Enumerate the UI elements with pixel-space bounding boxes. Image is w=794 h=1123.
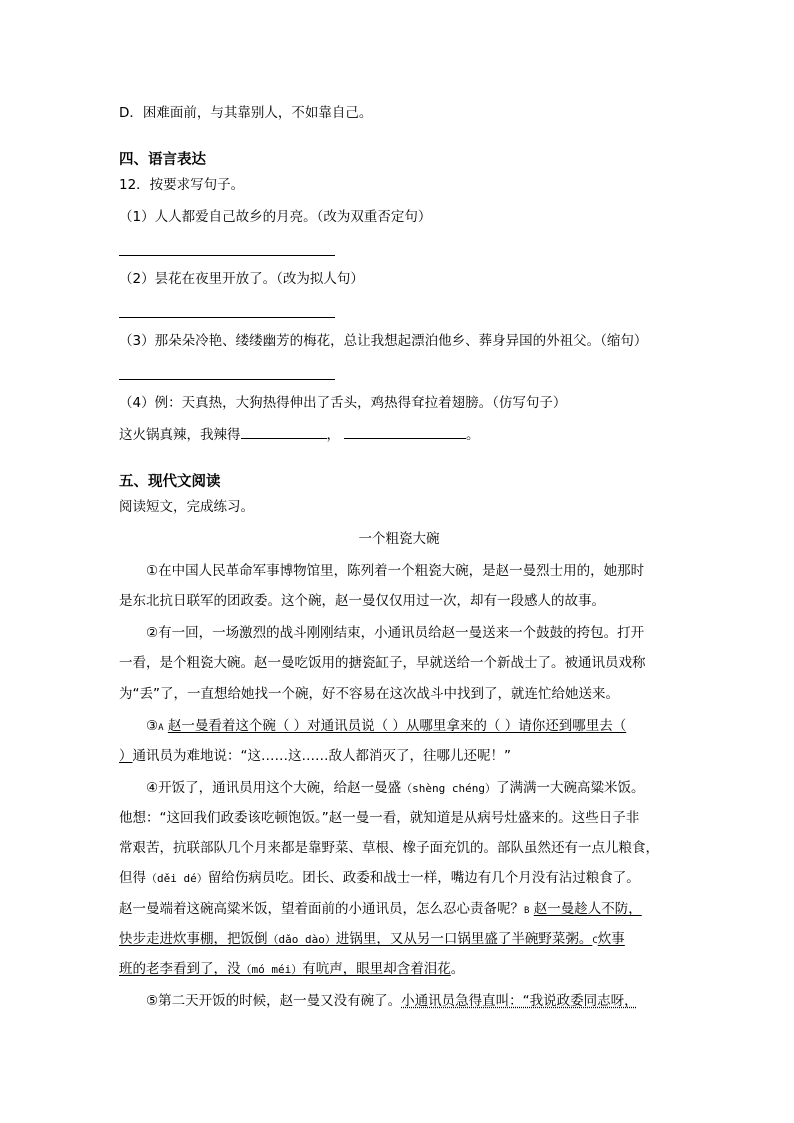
pinyin-dao-dao: （dǎo dào） [268, 933, 336, 946]
paragraph-1-line-1: ①在中国人民革命军事博物馆里，陈列着一个粗瓷大碗，是赵一曼烈士用的，她那时 [119, 561, 644, 581]
fill-blank-2[interactable] [344, 424, 466, 439]
fill-prefix: 这火锅真辣，我辣得 [119, 427, 241, 443]
paragraph-4-line-1: ④开饭了，通讯员用这个大碗，给赵一曼盛（shèng chéng）了满满一大碗高粱… [119, 778, 644, 798]
item-4-fill: 这火锅真辣，我辣得，。 [119, 424, 480, 444]
underlined-sentence-b: 快步走进炊事棚，把饭倒 [119, 931, 268, 947]
item-2-prompt: （2）昙花在夜里开放了。（改为拟人句） [119, 269, 364, 289]
pinyin-sheng-cheng: （shèng chéng） [401, 782, 496, 795]
underlined-sentence-b: 进锅里，又从另一口锅里盛了半碗野菜粥。 [336, 931, 593, 947]
text: ④开饭了，通讯员用这个大碗，给赵一曼盛 [146, 780, 401, 796]
text: 。 [451, 961, 465, 977]
underlined-sentence-a-end: ） [119, 748, 133, 764]
underlined-sentence-c: 有吭声，眼里却含着泪花 [302, 961, 451, 977]
paragraph-5-line-1: ⑤第二天开饭的时候，赵一曼又没有碗了。小通讯员急得直叫：“我说政委同志呀， [119, 991, 638, 1011]
underlined-sentence-c: 班的老李看到了，没 [119, 961, 241, 977]
section-5-heading: 五、现代文阅读 [119, 472, 221, 492]
fill-mid: ， [327, 427, 341, 443]
paragraph-1-line-2: 是东北抗日联军的团政委。这个碗，赵一曼仅仅用过一次，却有一段感人的故事。 [119, 591, 605, 611]
paragraph-3-rest: 通讯员为难地说：“这……这……敌人都消灭了，往哪儿还呢！” [133, 748, 512, 764]
paragraph-4-line-3: 常艰苦，抗联部队几个月来都是靠野菜、草根、橡子面充饥的。部队虽然还有一点儿粮食， [119, 838, 659, 858]
text: 了满满一大碗高粱米饭。 [496, 780, 645, 796]
section-4-heading: 四、语言表达 [119, 150, 206, 170]
item-1-prompt: （1）人人都爱自己故乡的月亮。（改为双重否定句） [119, 207, 431, 227]
marker-b: B [524, 906, 529, 916]
paragraph-4-line-4: 但得（děi dé）留给伤病员吃。团长、政委和战士一样，嘴边有几个月没有沾过粮食… [119, 868, 640, 888]
pinyin-mo-mei: （mó méi） [241, 963, 303, 976]
fill-blank-1[interactable] [241, 424, 327, 439]
underlined-sentence-b: 赵一曼趁人不防， [534, 901, 642, 917]
underlined-sentence-a: 赵一曼看着这个碗（ ）对通讯员说（ ）从哪里拿来的（ ）请你还到哪里去（ [168, 718, 626, 734]
text: 赵一曼端着这碗高粱米饭，望着面前的小通讯员，怎么忍心责备呢？ [119, 901, 524, 917]
dotted-underlined-sentence: 小通讯员急得直叫：“我说政委同志呀， [401, 993, 638, 1009]
question-12: 12．按要求写句子。 [119, 175, 244, 195]
text: 但得 [119, 870, 146, 886]
text: 留给伤病员吃。团长、政委和战士一样，嘴边有几个月没有沾过粮食了。 [208, 870, 640, 886]
item-3-prompt: （3）那朵朵冷艳、缕缕幽芳的梅花，总让我想起漂泊他乡、葬身异国的外祖父。（缩句） [119, 331, 647, 351]
reading-instruction: 阅读短文，完成练习。 [119, 497, 254, 517]
paragraph-4-line-5: 赵一曼端着这碗高粱米饭，望着面前的小通讯员，怎么忍心责备呢？B 赵一曼趁人不防， [119, 899, 642, 919]
paragraph-4-line-6: 快步走进炊事棚，把饭倒（dǎo dào）进锅里，又从另一口锅里盛了半碗野菜粥。C… [119, 929, 625, 949]
paragraph-4-line-2: 他想：“这回我们政委该吃顿饱饭。”赵一曼一看，就知道是从病号灶盛来的。这些日子非 [119, 808, 639, 828]
answer-line-3[interactable] [119, 379, 335, 380]
text: ⑤第二天开饭的时候，赵一曼又没有碗了。 [146, 993, 401, 1009]
item-4-prompt: （4）例：天真热，大狗热得伸出了舌头，鸡热得耷拉着翅膀。（仿写句子） [119, 393, 566, 413]
paragraph-3-line-2: ）通讯员为难地说：“这……这……敌人都消灭了，往哪儿还呢！” [119, 746, 511, 766]
fill-end: 。 [466, 427, 480, 443]
answer-line-2[interactable] [119, 317, 335, 318]
underlined-sentence-c: 炊事 [598, 931, 625, 947]
pinyin-dei-de: （děi dé） [146, 872, 208, 885]
paragraph-3-number: ③ [146, 718, 158, 734]
article-title: 一个粗瓷大碗 [119, 529, 679, 549]
paragraph-2-line-1: ②有一回，一场激烈的战斗刚刚结束，小通讯员给赵一曼送来一个鼓鼓的挎包。打开 [119, 623, 644, 643]
paragraph-2-line-3: 为“丢”了，一直想给她找一个碗，好不容易在这次战斗中找到了，就连忙给她送来。 [119, 684, 619, 704]
paragraph-2-line-2: 一看，是个粗瓷大碗。赵一曼吃饭用的搪瓷缸子，早就送给一个新战士了。被通讯员戏称 [119, 653, 646, 673]
paragraph-4-line-7: 班的老李看到了，没（mó méi）有吭声，眼里却含着泪花。 [119, 959, 464, 979]
paragraph-3-line-1: ③A 赵一曼看着这个碗（ ）对通讯员说（ ）从哪里拿来的（ ）请你还到哪里去（ [119, 716, 626, 736]
answer-line-1[interactable] [119, 255, 335, 256]
option-d: D．困难面前，与其靠别人，不如靠自己。 [119, 103, 372, 123]
marker-a: A [158, 723, 163, 733]
